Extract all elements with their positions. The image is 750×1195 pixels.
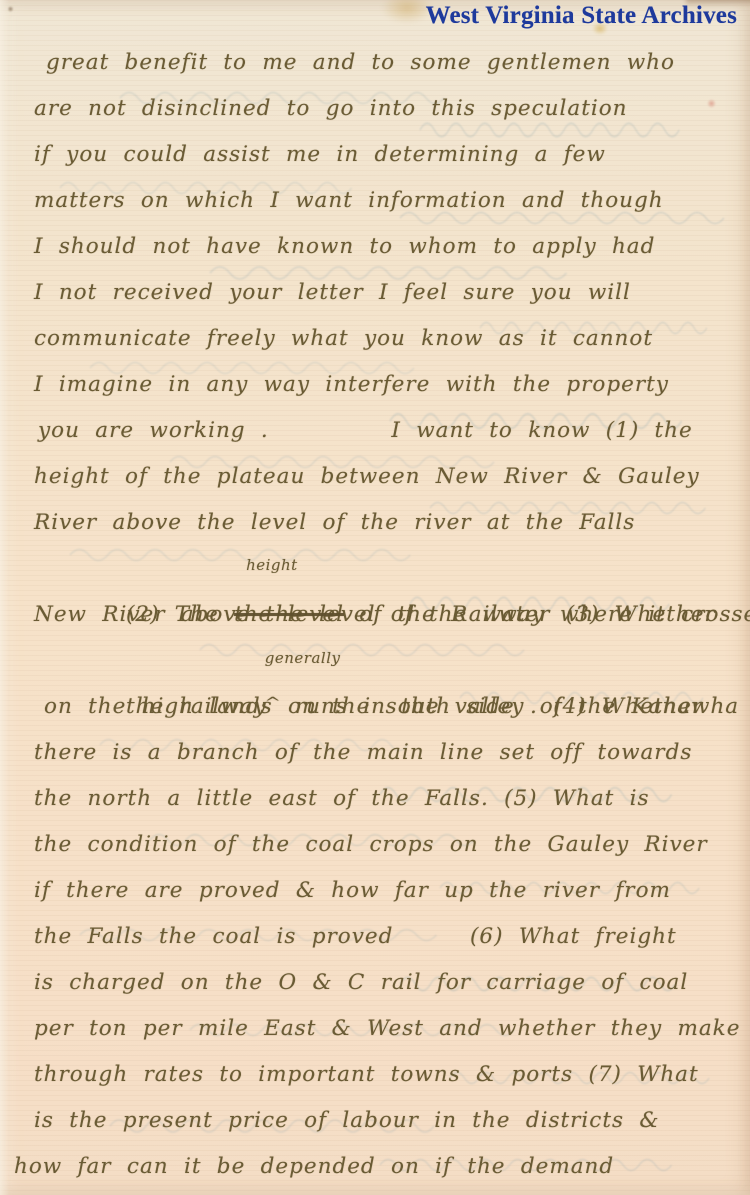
letter-line: New River above the level of the water (…	[34, 592, 740, 638]
letter-line: on the high lands on the south side . (4…	[34, 684, 740, 730]
letter-line: height of the plateau between New River …	[34, 454, 740, 500]
letter-line: I not received your letter I feel sure y…	[34, 270, 740, 316]
letter-line: River above the level of the river at th…	[34, 500, 740, 546]
letter-line: if you could assist me in determining a …	[34, 132, 740, 178]
scanned-letter-page: West Virginia State Archives great benef…	[0, 0, 750, 1195]
scan-edge-highlight	[0, 0, 9, 1195]
letter-line: per ton per mile East & West and whether…	[34, 1006, 740, 1052]
letter-line: you are working . I want to know (1) the	[34, 408, 740, 454]
letter-line-with-insertion: the railway^generally runs in the valley…	[34, 638, 740, 684]
caret-mark: ^	[264, 680, 282, 726]
letter-body: great benefit to me and to some gentleme…	[34, 40, 740, 1190]
letter-line: the condition of the coal crops on the G…	[34, 822, 740, 868]
insertion-wrap: ^generally	[267, 684, 280, 732]
paper-stain	[7, 6, 14, 12]
letter-line: is charged on the O & C rail for carriag…	[34, 960, 740, 1006]
letter-line: great benefit to me and to some gentleme…	[34, 40, 740, 86]
letter-line: I should not have known to whom to apply…	[34, 224, 740, 270]
letter-line: are not disinclined to go into this spec…	[34, 86, 740, 132]
letter-line-with-correction: (2) The heightthe level of the Railway w…	[34, 546, 740, 592]
letter-line: if there are proved & how far up the riv…	[34, 868, 740, 914]
letter-line: I imagine in any way interfere with the …	[34, 362, 740, 408]
inserted-word: height	[246, 558, 298, 573]
letter-line: communicate freely what you know as it c…	[34, 316, 740, 362]
archive-watermark: West Virginia State Archives	[426, 2, 737, 30]
letter-line: there is a branch of the main line set o…	[34, 730, 740, 776]
correction-wrap: heightthe level	[234, 592, 344, 638]
inserted-word: generally	[265, 651, 341, 666]
letter-line: the north a little east of the Falls. (5…	[34, 776, 740, 822]
letter-line: the Falls the coal is proved (6) What fr…	[34, 914, 740, 960]
letter-line: is the present price of labour in the di…	[34, 1098, 740, 1144]
letter-line: matters on which I want information and …	[34, 178, 740, 224]
letter-line: through rates to important towns & ports…	[34, 1052, 740, 1098]
letter-line: how far can it be depended on if the dem…	[14, 1144, 740, 1190]
struck-word: the level	[234, 602, 344, 627]
